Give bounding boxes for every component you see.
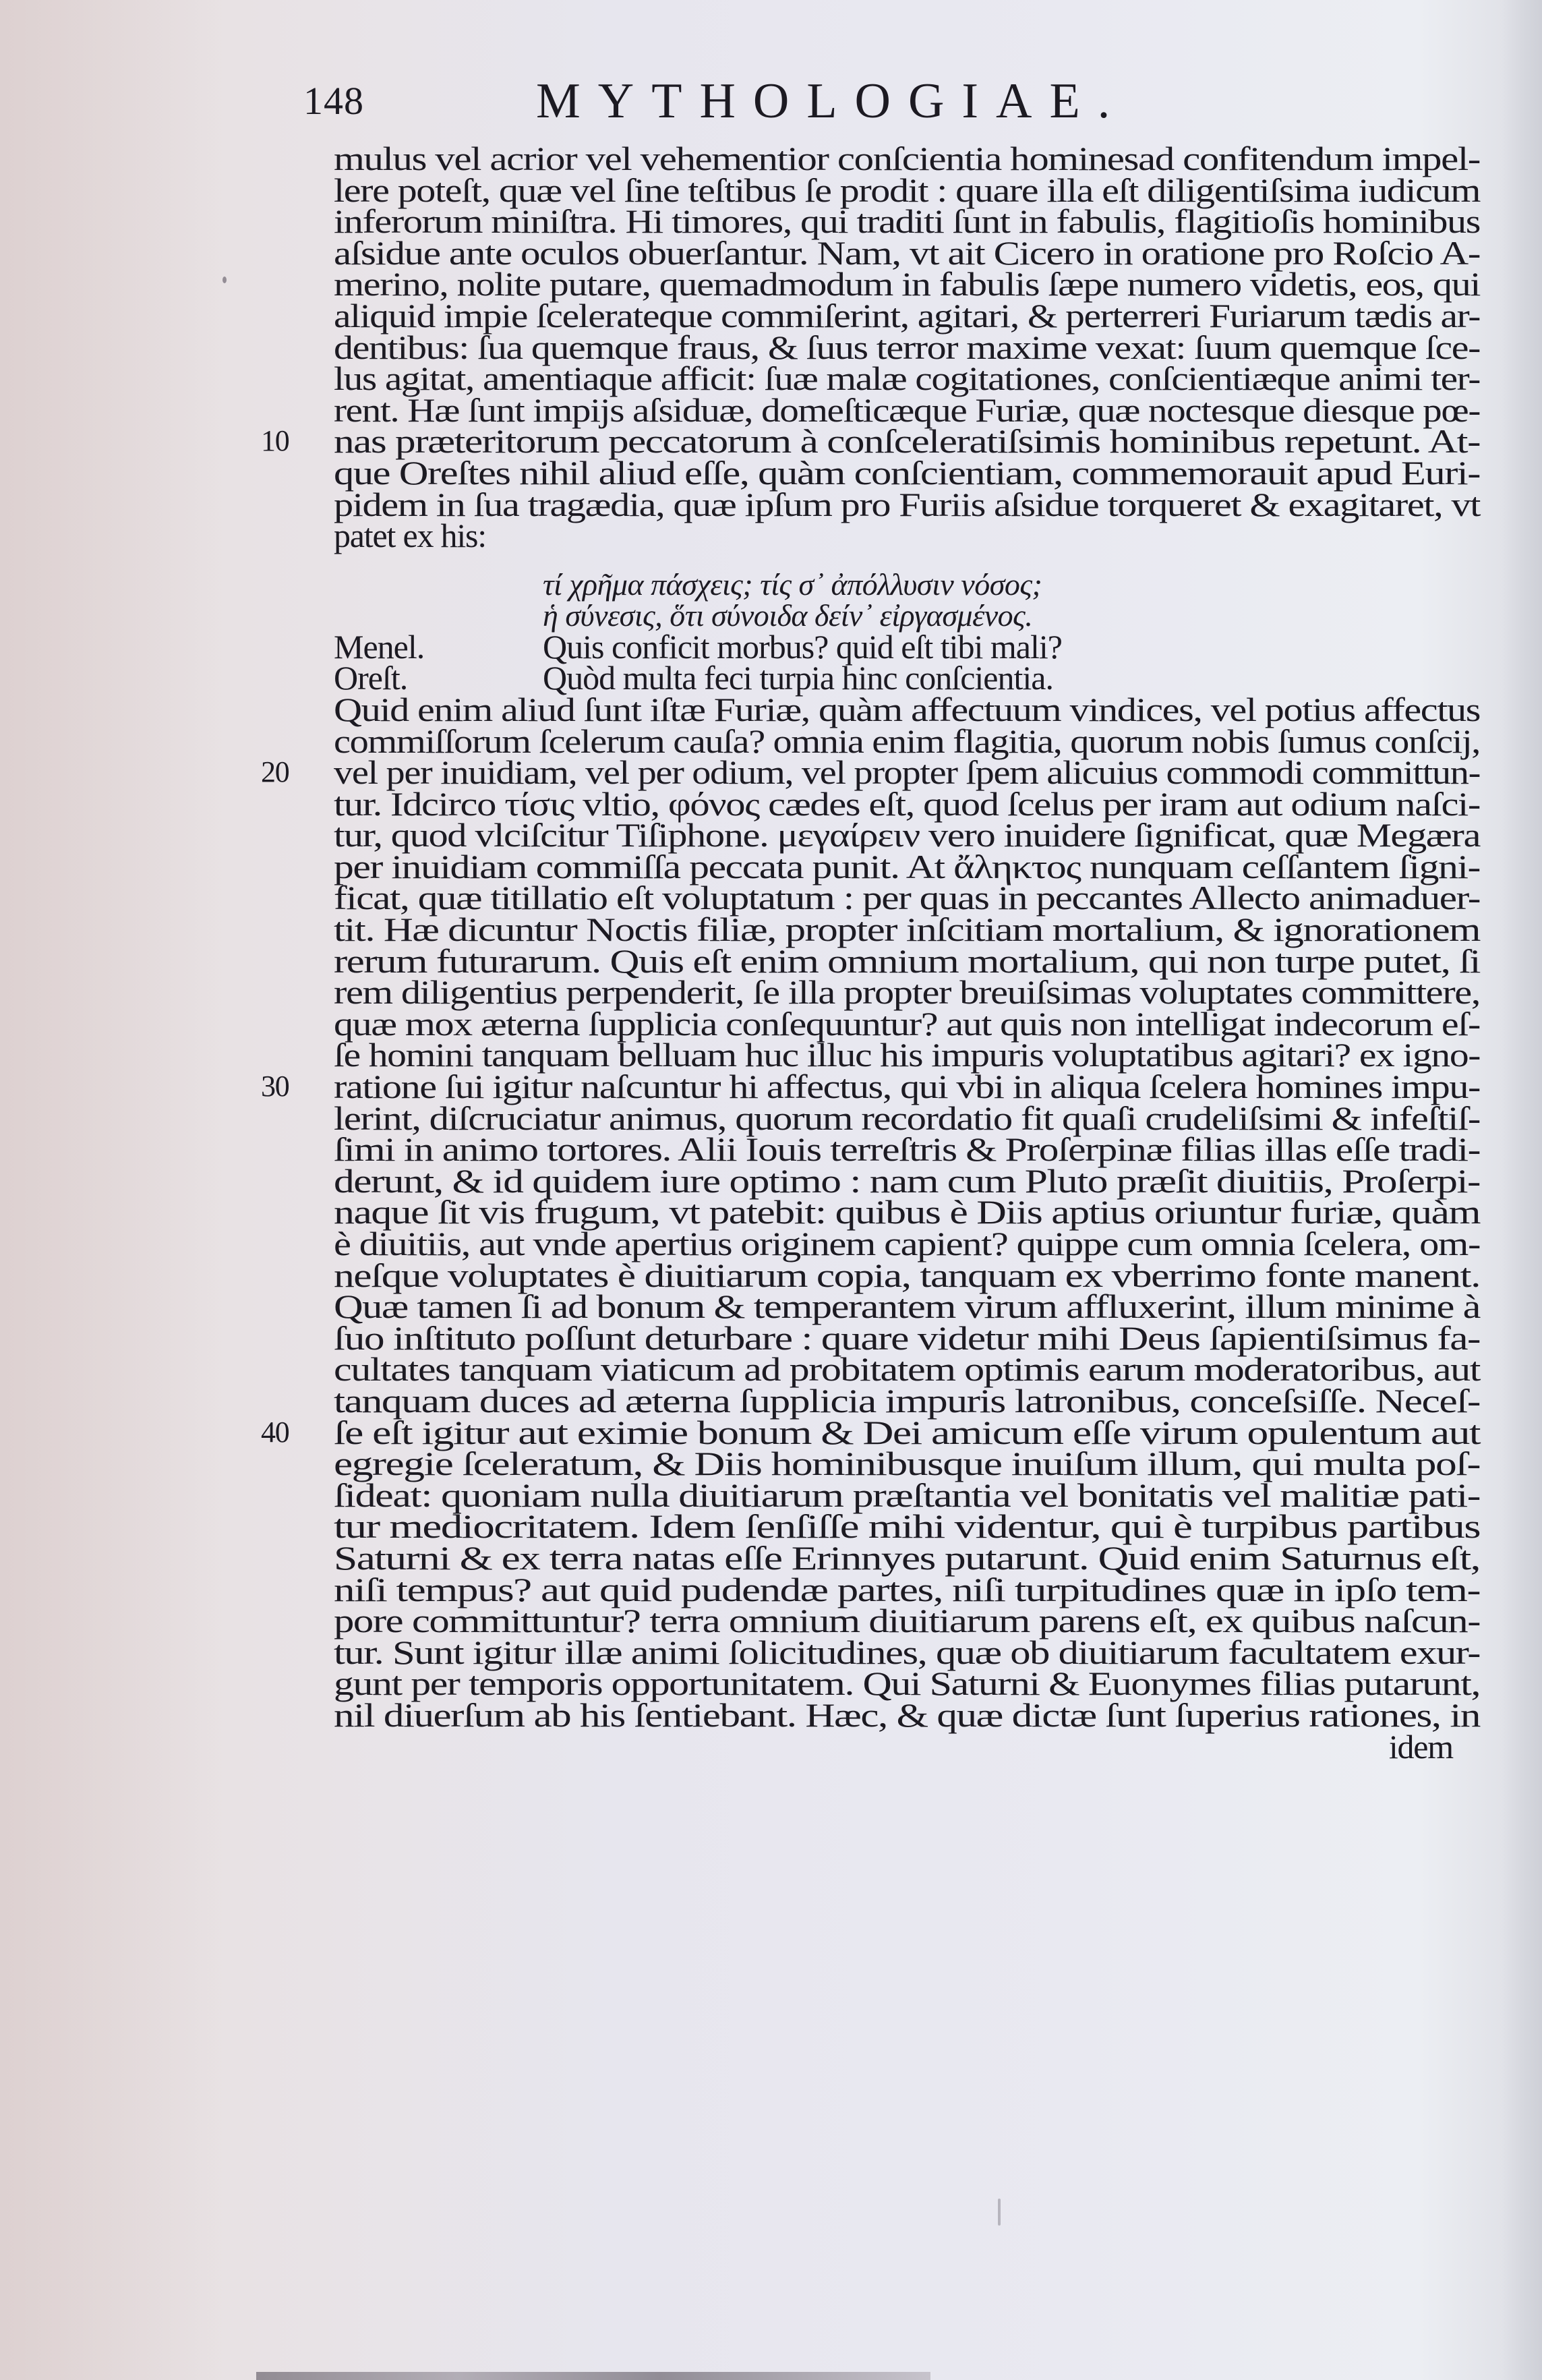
line-text: rem diligentius perpenderit, ſe illa pro… [334, 977, 1480, 1008]
text-line: è diuitiis, aut vnde apertius originem c… [334, 1228, 1480, 1260]
text-line: ſimi in animo tortores. Alii Iouis terre… [334, 1134, 1480, 1165]
text-line: dentibus: ſua quemque fraus, & ſuus terr… [334, 332, 1480, 364]
text-line: aliquid impie ſcelerateque commiſerint, … [334, 300, 1480, 332]
text-line: tanquam duces ad æterna ſupplicia impuri… [334, 1385, 1480, 1417]
book-page: 148 MYTHOLOGIAE. mulus vel acrior vel ve… [0, 0, 1542, 2380]
line-text: rerum futurarum. Quis eſt enim omnium mo… [334, 946, 1480, 977]
body-text: mulus vel acrior vel vehementior conſcie… [334, 143, 1480, 1762]
line-text: tur. Sunt igitur illæ animi ſolicitudine… [334, 1637, 1480, 1668]
catchword-text: idem [1389, 1728, 1453, 1766]
line-text: egregie ſceleratum, & Diis hominibusque … [334, 1448, 1480, 1480]
ink-speck [223, 277, 227, 283]
line-text: è diuitiis, aut vnde apertius originem c… [334, 1228, 1480, 1260]
text-line: naque ſit vis frugum, vt patebit: quibus… [334, 1196, 1480, 1228]
text-line: niſi tempus? aut quid pudendæ partes, ni… [334, 1574, 1480, 1606]
line-number: 30 [261, 1071, 289, 1103]
text-line: Saturni & ex terra natas eſſe Erinnyes p… [334, 1542, 1480, 1574]
text-line: tur. Idcirco τίσις vltio, φόνος cædes eſ… [334, 788, 1480, 820]
line-text: merino, nolite putare, quemadmodum in fa… [334, 268, 1480, 300]
line-text: ſe homini tanquam belluam huc illuc his … [334, 1039, 1480, 1071]
text-line: cultates tanquam viaticum ad probitatem … [334, 1354, 1480, 1385]
text-line: ſe homini tanquam belluam huc illuc his … [334, 1039, 1480, 1071]
text-line: rent. Hæ ſunt impijs aſsiduæ, domeſticæq… [334, 395, 1480, 426]
ink-speck [998, 2199, 1001, 2226]
line-text: tit. Hæ dicuntur Noctis filiæ, propter i… [334, 914, 1480, 946]
text-line: neſque voluptates è diuitiarum copia, ta… [334, 1260, 1480, 1291]
line-text: que Oreſtes nihil aliud eſſe, quàm conſc… [334, 457, 1480, 489]
text-line: pore committuntur? terra omnium diuitiar… [334, 1605, 1480, 1637]
line-text: aliquid impie ſcelerateque commiſerint, … [334, 300, 1480, 332]
text-line: 20vel per inuidiam, vel per odium, vel p… [334, 757, 1480, 788]
line-text: ratione ſui igitur naſcuntur hi affectus… [334, 1071, 1480, 1103]
line-text: lere poteſt, quæ vel ſine teſtibus ſe pr… [334, 175, 1480, 206]
line-text: Saturni & ex terra natas eſſe Erinnyes p… [334, 1542, 1480, 1574]
line-text: tur, quod vlciſcitur Tiſiphone. μεγαίρει… [334, 819, 1480, 851]
text-line: patet ex his: [334, 520, 1480, 552]
text-line: merino, nolite putare, quemadmodum in fa… [334, 268, 1480, 300]
line-text: lerint, diſcruciatur animus, quorum reco… [334, 1103, 1480, 1134]
text-line: 10nas præteritorum peccatorum à conſcele… [334, 426, 1480, 457]
text-line: lus agitat, amentiaque afficit: ſuæ malæ… [334, 363, 1480, 395]
speaker-label: Menel. [334, 631, 424, 663]
text-line: inferorum miniſtra. Hi timores, qui trad… [334, 206, 1480, 237]
text-line: ficat, quæ titillatio eſt voluptatum : p… [334, 882, 1480, 914]
text-line: nil diuerſum ab his ſentiebant. Hæc, & q… [334, 1700, 1480, 1731]
text-line: rem diligentius perpenderit, ſe illa pro… [334, 977, 1480, 1008]
greek-verse-line: ἡ σύνεσις, ὅτι σύνοιδα δείν᾽ εἰργασμένος… [543, 600, 1480, 631]
speech-text: Quòd multa feci turpia hinc conſcientia. [543, 662, 1053, 694]
line-text: pidem in ſua tragædia, quæ ipſum pro Fur… [334, 489, 1480, 521]
line-text: ficat, quæ titillatio eſt voluptatum : p… [334, 882, 1480, 914]
line-number: 20 [261, 757, 289, 788]
greek-quotation: τί χρῆμα πάσχεις; τίς σ᾽ ἀπόλλυσιν νόσος… [334, 569, 1480, 631]
line-text: derunt, & id quidem iure optimo : nam cu… [334, 1165, 1480, 1197]
line-text: gunt per temporis opportunitatem. Qui Sa… [334, 1668, 1480, 1700]
text-line: que Oreſtes nihil aliud eſſe, quàm conſc… [334, 457, 1480, 489]
line-text: inferorum miniſtra. Hi timores, qui trad… [334, 206, 1480, 237]
text-line: ſuo inſtituto poſſunt deturbare : quare … [334, 1323, 1480, 1354]
text-line: ſideat: quoniam nulla diuitiarum præſtan… [334, 1480, 1480, 1511]
line-text: per inuidiam commiſſa peccata punit. At … [334, 851, 1480, 883]
text-line: tur mediocritatem. Idem ſenſiſſe mihi vi… [334, 1511, 1480, 1542]
line-text: ſe eſt igitur aut eximie bonum & Dei ami… [334, 1417, 1480, 1449]
page-edge-shadow [1502, 0, 1542, 2380]
line-text: neſque voluptates è diuitiarum copia, ta… [334, 1260, 1480, 1291]
text-line: pidem in ſua tragædia, quæ ipſum pro Fur… [334, 489, 1480, 521]
catchword: idem [334, 1731, 1480, 1763]
text-line: aſsidue ante oculos obuerſantur. Nam, vt… [334, 237, 1480, 269]
line-text: nas præteritorum peccatorum à conſcelera… [334, 426, 1480, 457]
line-text: niſi tempus? aut quid pudendæ partes, ni… [334, 1574, 1480, 1606]
text-line: 30ratione ſui igitur naſcuntur hi affect… [334, 1071, 1480, 1103]
text-line: tur, quod vlciſcitur Tiſiphone. μεγαίρει… [334, 819, 1480, 851]
line-text: ſimi in animo tortores. Alii Iouis terre… [334, 1134, 1480, 1165]
text-line: Quæ tamen ſi ad bonum & temperantem viru… [334, 1291, 1480, 1323]
text-line: derunt, & id quidem iure optimo : nam cu… [334, 1165, 1480, 1197]
dialogue-line: Oreſt. Quòd multa feci turpia hinc conſc… [334, 662, 1480, 694]
text-line: per inuidiam commiſſa peccata punit. At … [334, 851, 1480, 883]
text-line: tur. Sunt igitur illæ animi ſolicitudine… [334, 1637, 1480, 1668]
text-line: commiſſorum ſcelerum cauſa? omnia enim f… [334, 726, 1480, 757]
line-text: Quid enim aliud ſunt iſtæ Furiæ, quàm af… [334, 694, 1480, 726]
line-number: 10 [261, 426, 289, 457]
text-line: tit. Hæ dicuntur Noctis filiæ, propter i… [334, 914, 1480, 946]
text-line: rerum futurarum. Quis eſt enim omnium mo… [334, 946, 1480, 977]
running-head-title: MYTHOLOGIAE. [536, 73, 1127, 130]
speaker-label: Oreſt. [334, 662, 407, 694]
line-text: pore committuntur? terra omnium diuitiar… [334, 1605, 1480, 1637]
line-text: lus agitat, amentiaque afficit: ſuæ malæ… [334, 363, 1480, 395]
line-text: ſuo inſtituto poſſunt deturbare : quare … [334, 1323, 1480, 1354]
line-text: vel per inuidiam, vel per odium, vel pro… [334, 757, 1480, 788]
line-text: quæ mox æterna ſupplicia conſequuntur? a… [334, 1008, 1480, 1040]
line-text: tur. Idcirco τίσις vltio, φόνος cædes eſ… [334, 788, 1480, 820]
text-line: 40ſe eſt igitur aut eximie bonum & Dei a… [334, 1417, 1480, 1449]
greek-verse-line: τί χρῆμα πάσχεις; τίς σ᾽ ἀπόλλυσιν νόσος… [543, 569, 1480, 600]
speech-text: Quis conficit morbus? quid eſt tibi mali… [543, 631, 1062, 663]
dialogue-line: Menel. Quis conficit morbus? quid eſt ti… [334, 631, 1480, 663]
page-bottom-edge [256, 2372, 930, 2380]
page-header: 148 MYTHOLOGIAE. [303, 73, 1483, 134]
line-text: naque ſit vis frugum, vt patebit: quibus… [334, 1196, 1480, 1228]
line-text: Quæ tamen ſi ad bonum & temperantem viru… [334, 1291, 1480, 1323]
line-text: ſideat: quoniam nulla diuitiarum præſtan… [334, 1480, 1480, 1511]
line-text: aſsidue ante oculos obuerſantur. Nam, vt… [334, 237, 1480, 269]
line-text: dentibus: ſua quemque fraus, & ſuus terr… [334, 332, 1480, 364]
line-text: commiſſorum ſcelerum cauſa? omnia enim f… [334, 726, 1480, 757]
text-line: lere poteſt, quæ vel ſine teſtibus ſe pr… [334, 175, 1480, 206]
text-line: egregie ſceleratum, & Diis hominibusque … [334, 1448, 1480, 1480]
line-number: 40 [261, 1417, 289, 1449]
line-text: nil diuerſum ab his ſentiebant. Hæc, & q… [334, 1700, 1480, 1731]
text-line: mulus vel acrior vel vehementior conſcie… [334, 143, 1480, 175]
text-line: quæ mox æterna ſupplicia conſequuntur? a… [334, 1008, 1480, 1040]
text-line: gunt per temporis opportunitatem. Qui Sa… [334, 1668, 1480, 1700]
page-gutter-shadow [0, 0, 223, 2380]
text-line: lerint, diſcruciatur animus, quorum reco… [334, 1103, 1480, 1134]
page-number: 148 [303, 78, 364, 123]
line-text: tur mediocritatem. Idem ſenſiſſe mihi vi… [334, 1511, 1480, 1542]
line-text: rent. Hæ ſunt impijs aſsiduæ, domeſticæq… [334, 395, 1480, 426]
line-text: tanquam duces ad æterna ſupplicia impuri… [334, 1385, 1480, 1417]
text-line: Quid enim aliud ſunt iſtæ Furiæ, quàm af… [334, 694, 1480, 726]
line-text: cultates tanquam viaticum ad probitatem … [334, 1354, 1480, 1385]
line-text: mulus vel acrior vel vehementior conſcie… [334, 143, 1480, 175]
line-text: patet ex his: [334, 520, 486, 552]
